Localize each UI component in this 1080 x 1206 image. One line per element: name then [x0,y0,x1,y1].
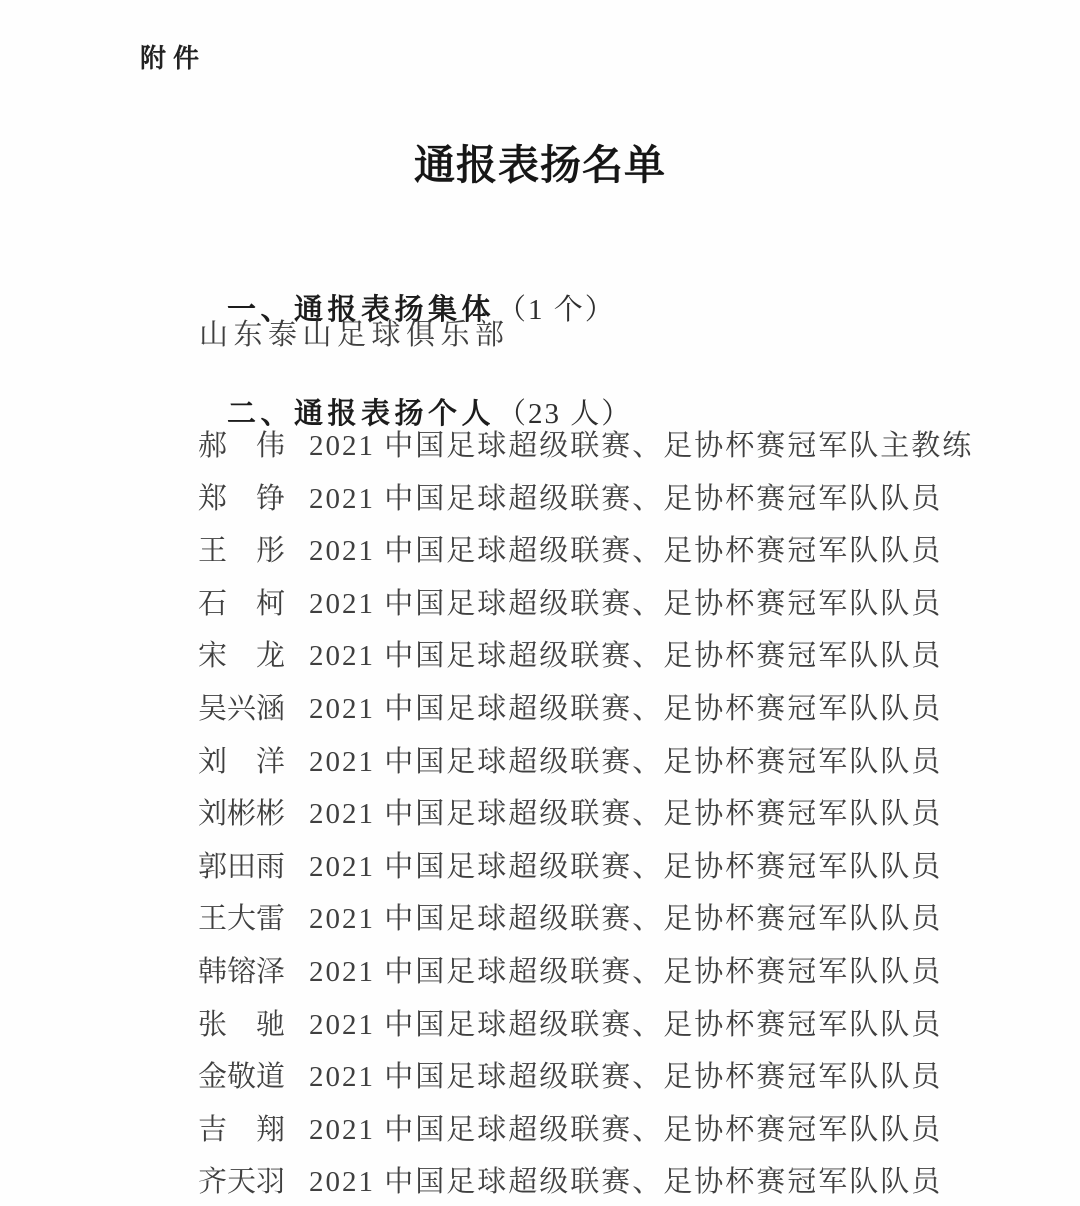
attachment-label: 附件 [140,44,206,73]
person-role: 2021 中国足球超级联赛、足协杯赛冠军队队员 [309,484,942,514]
person-name: 齐天羽 [198,1167,286,1197]
person-name: 韩镕泽 [198,957,286,987]
list-item: 张 驰 2021 中国足球超级联赛、足协杯赛冠军队队员 [198,999,1020,1052]
person-name: 金敬道 [198,1062,286,1092]
person-role: 2021 中国足球超级联赛、足协杯赛冠军队主教练 [309,431,973,461]
person-name: 张 驰 [198,1010,286,1040]
list-item: 金敬道 2021 中国足球超级联赛、足协杯赛冠军队队员 [198,1051,1020,1104]
person-role: 2021 中国足球超级联赛、足协杯赛冠军队队员 [309,747,942,777]
person-role: 2021 中国足球超级联赛、足协杯赛冠军队队员 [309,957,942,987]
person-role: 2021 中国足球超级联赛、足协杯赛冠军队队员 [309,589,942,619]
list-item: 韩镕泽 2021 中国足球超级联赛、足协杯赛冠军队队员 [198,946,1020,999]
list-item: 郑 铮 2021 中国足球超级联赛、足协杯赛冠军队队员 [198,473,1020,526]
person-role: 2021 中国足球超级联赛、足协杯赛冠军队队员 [309,1115,942,1145]
person-name: 宋 龙 [198,641,286,671]
person-name: 郭田雨 [198,852,286,882]
list-item: 宋 龙 2021 中国足球超级联赛、足协杯赛冠军队队员 [198,630,1020,683]
person-role: 2021 中国足球超级联赛、足协杯赛冠军队队员 [309,852,942,882]
list-item: 石 柯 2021 中国足球超级联赛、足协杯赛冠军队队员 [198,578,1020,631]
person-role: 2021 中国足球超级联赛、足协杯赛冠军队队员 [309,536,942,566]
list-item: 刘彬彬 2021 中国足球超级联赛、足协杯赛冠军队队员 [198,788,1020,841]
person-role: 2021 中国足球超级联赛、足协杯赛冠军队队员 [309,1010,942,1040]
individual-list: 郝 伟 2021 中国足球超级联赛、足协杯赛冠军队主教练 郑 铮 2021 中国… [198,420,1020,1206]
person-name: 吉 翔 [198,1115,286,1145]
person-role: 2021 中国足球超级联赛、足协杯赛冠军队队员 [309,1167,942,1197]
list-item: 王 彤 2021 中国足球超级联赛、足协杯赛冠军队队员 [198,525,1020,578]
person-name: 石 柯 [198,589,286,619]
document-page: 附件 通报表扬名单 一、通报表扬集体（1 个） 山东泰山足球俱乐部 二、通报表扬… [0,0,1080,1206]
person-name: 刘 洋 [198,747,286,777]
person-role: 2021 中国足球超级联赛、足协杯赛冠军队队员 [309,799,942,829]
document-title: 通报表扬名单 [0,144,1080,187]
person-name: 王大雷 [198,904,286,934]
person-name: 吴兴涵 [198,694,286,724]
person-name: 刘彬彬 [198,799,286,829]
collective-name: 山东泰山足球俱乐部 [199,320,510,350]
person-role: 2021 中国足球超级联赛、足协杯赛冠军队队员 [309,1062,942,1092]
person-role: 2021 中国足球超级联赛、足协杯赛冠军队队员 [309,694,942,724]
list-item: 王大雷 2021 中国足球超级联赛、足协杯赛冠军队队员 [198,893,1020,946]
person-name: 郑 铮 [198,484,286,514]
list-item: 齐天羽 2021 中国足球超级联赛、足协杯赛冠军队队员 [198,1156,1020,1206]
list-item: 郭田雨 2021 中国足球超级联赛、足协杯赛冠军队队员 [198,841,1020,894]
list-item: 郝 伟 2021 中国足球超级联赛、足协杯赛冠军队主教练 [198,420,1020,473]
list-item: 吴兴涵 2021 中国足球超级联赛、足协杯赛冠军队队员 [198,683,1020,736]
person-name: 王 彤 [198,536,286,566]
list-item: 刘 洋 2021 中国足球超级联赛、足协杯赛冠军队队员 [198,736,1020,789]
person-role: 2021 中国足球超级联赛、足协杯赛冠军队队员 [309,641,942,671]
list-item: 吉 翔 2021 中国足球超级联赛、足协杯赛冠军队队员 [198,1104,1020,1157]
collective-heading-count: （1 个） [497,294,616,326]
person-role: 2021 中国足球超级联赛、足协杯赛冠军队队员 [309,904,942,934]
person-name: 郝 伟 [198,431,286,461]
